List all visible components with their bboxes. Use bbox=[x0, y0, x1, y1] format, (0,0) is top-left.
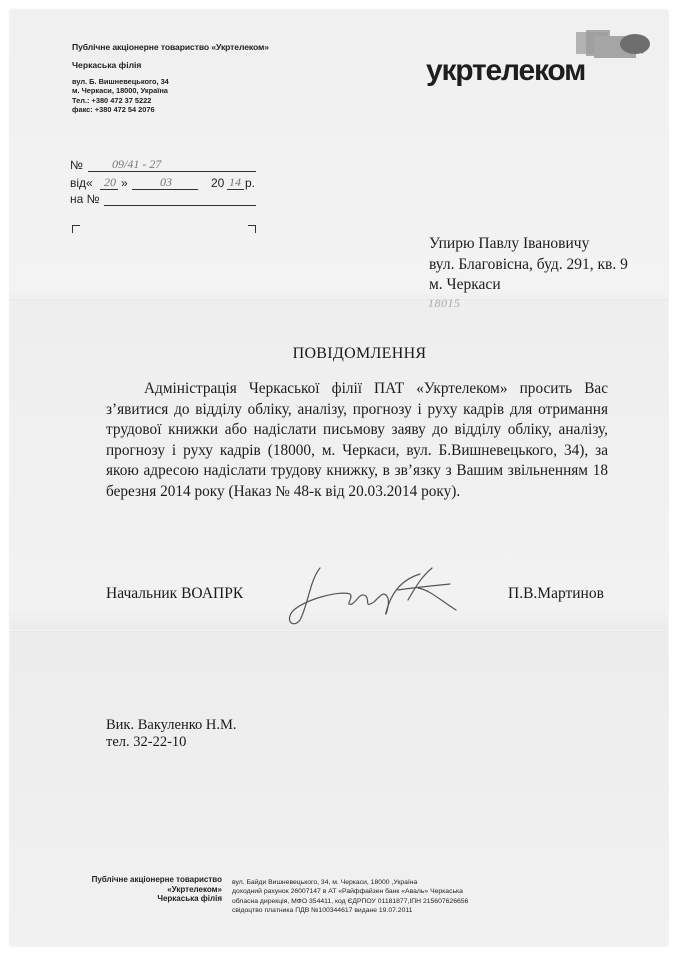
date-year: 14 bbox=[229, 175, 241, 190]
executor-name: Вик. Вакуленко Н.М. bbox=[106, 717, 237, 734]
number-value: 09/41 - 27 bbox=[112, 157, 161, 172]
footer-organization: Публічне акціонерне товариство «Укртелек… bbox=[60, 875, 222, 904]
fold-line bbox=[10, 630, 668, 632]
handwritten-note: 18015 bbox=[428, 296, 461, 311]
year-suffix-label: р. bbox=[245, 176, 255, 190]
date-mid-label: » bbox=[121, 176, 128, 190]
recipient-address: Упирю Павлу Івановичу вул. Благовісна, б… bbox=[429, 234, 628, 296]
footer-vat-line: свідоцтво платника ПДВ №100344617 видане… bbox=[232, 906, 468, 915]
date-prefix-label: від« bbox=[70, 176, 93, 190]
logo-wordmark: укртелеком bbox=[426, 54, 585, 88]
footer-org-line: Публічне акціонерне товариство bbox=[60, 875, 222, 885]
letterhead: Публічне акціонерне товариство «Укртелек… bbox=[72, 42, 269, 114]
date-month: 03 bbox=[160, 175, 172, 190]
signatory-position: Начальник ВОАПРК bbox=[106, 585, 243, 603]
address-line: вул. Б. Вишневецького, 34 bbox=[72, 77, 269, 86]
address-corner-mark bbox=[248, 225, 256, 233]
letterhead-organization: Публічне акціонерне товариство «Укртелек… bbox=[72, 42, 269, 52]
executor-phone: тел. 32-22-10 bbox=[106, 734, 237, 751]
address-corner-mark bbox=[72, 225, 80, 233]
reply-label: на № bbox=[70, 192, 100, 206]
recipient-street: вул. Благовісна, буд. 291, кв. 9 bbox=[429, 255, 628, 276]
registration-block: № 09/41 - 27 від« 20 » 03 20 14 р. на № bbox=[70, 158, 266, 208]
executor-info: Вик. Вакуленко Н.М. тел. 32-22-10 bbox=[106, 717, 237, 751]
handwritten-signature bbox=[280, 560, 480, 630]
company-logo: укртелеком bbox=[426, 24, 656, 94]
fold-line bbox=[10, 298, 668, 300]
number-label: № bbox=[70, 158, 83, 172]
year-prefix: 20 bbox=[211, 176, 224, 190]
footer-org-line: «Укртелеком» bbox=[60, 885, 222, 895]
footer-bank-line: доходний рахунок 26007147 в АТ «Райффайз… bbox=[232, 887, 468, 896]
document-body: Адміністрація Черкаської філії ПАТ «Укрт… bbox=[106, 379, 608, 503]
recipient-name: Упирю Павлу Івановичу bbox=[429, 234, 628, 255]
address-line: м. Черкаси, 18000, Україна bbox=[72, 86, 269, 95]
footer-codes-line: обласна дирекція, МФО 354411, код ЄДРПОУ… bbox=[232, 897, 468, 906]
letterhead-branch: Черкаська філія bbox=[72, 60, 269, 70]
footer-address-line: вул. Байди Вишневецького, 34, м. Черкаси… bbox=[232, 878, 468, 887]
date-day: 20 bbox=[104, 175, 116, 190]
fax-line: факс: +380 472 54 2076 bbox=[72, 105, 269, 114]
footer-org-line: Черкаська філія bbox=[60, 894, 222, 904]
phone-line: Тел.: +380 472 37 5222 bbox=[72, 96, 269, 105]
letterhead-address: вул. Б. Вишневецького, 34 м. Черкаси, 18… bbox=[72, 77, 269, 114]
document-title: ПОВІДОМЛЕННЯ bbox=[0, 345, 679, 363]
footer-details: вул. Байди Вишневецького, 34, м. Черкаси… bbox=[232, 878, 468, 915]
recipient-city: м. Черкаси bbox=[429, 275, 628, 296]
signatory-name: П.В.Мартинов bbox=[508, 585, 604, 603]
